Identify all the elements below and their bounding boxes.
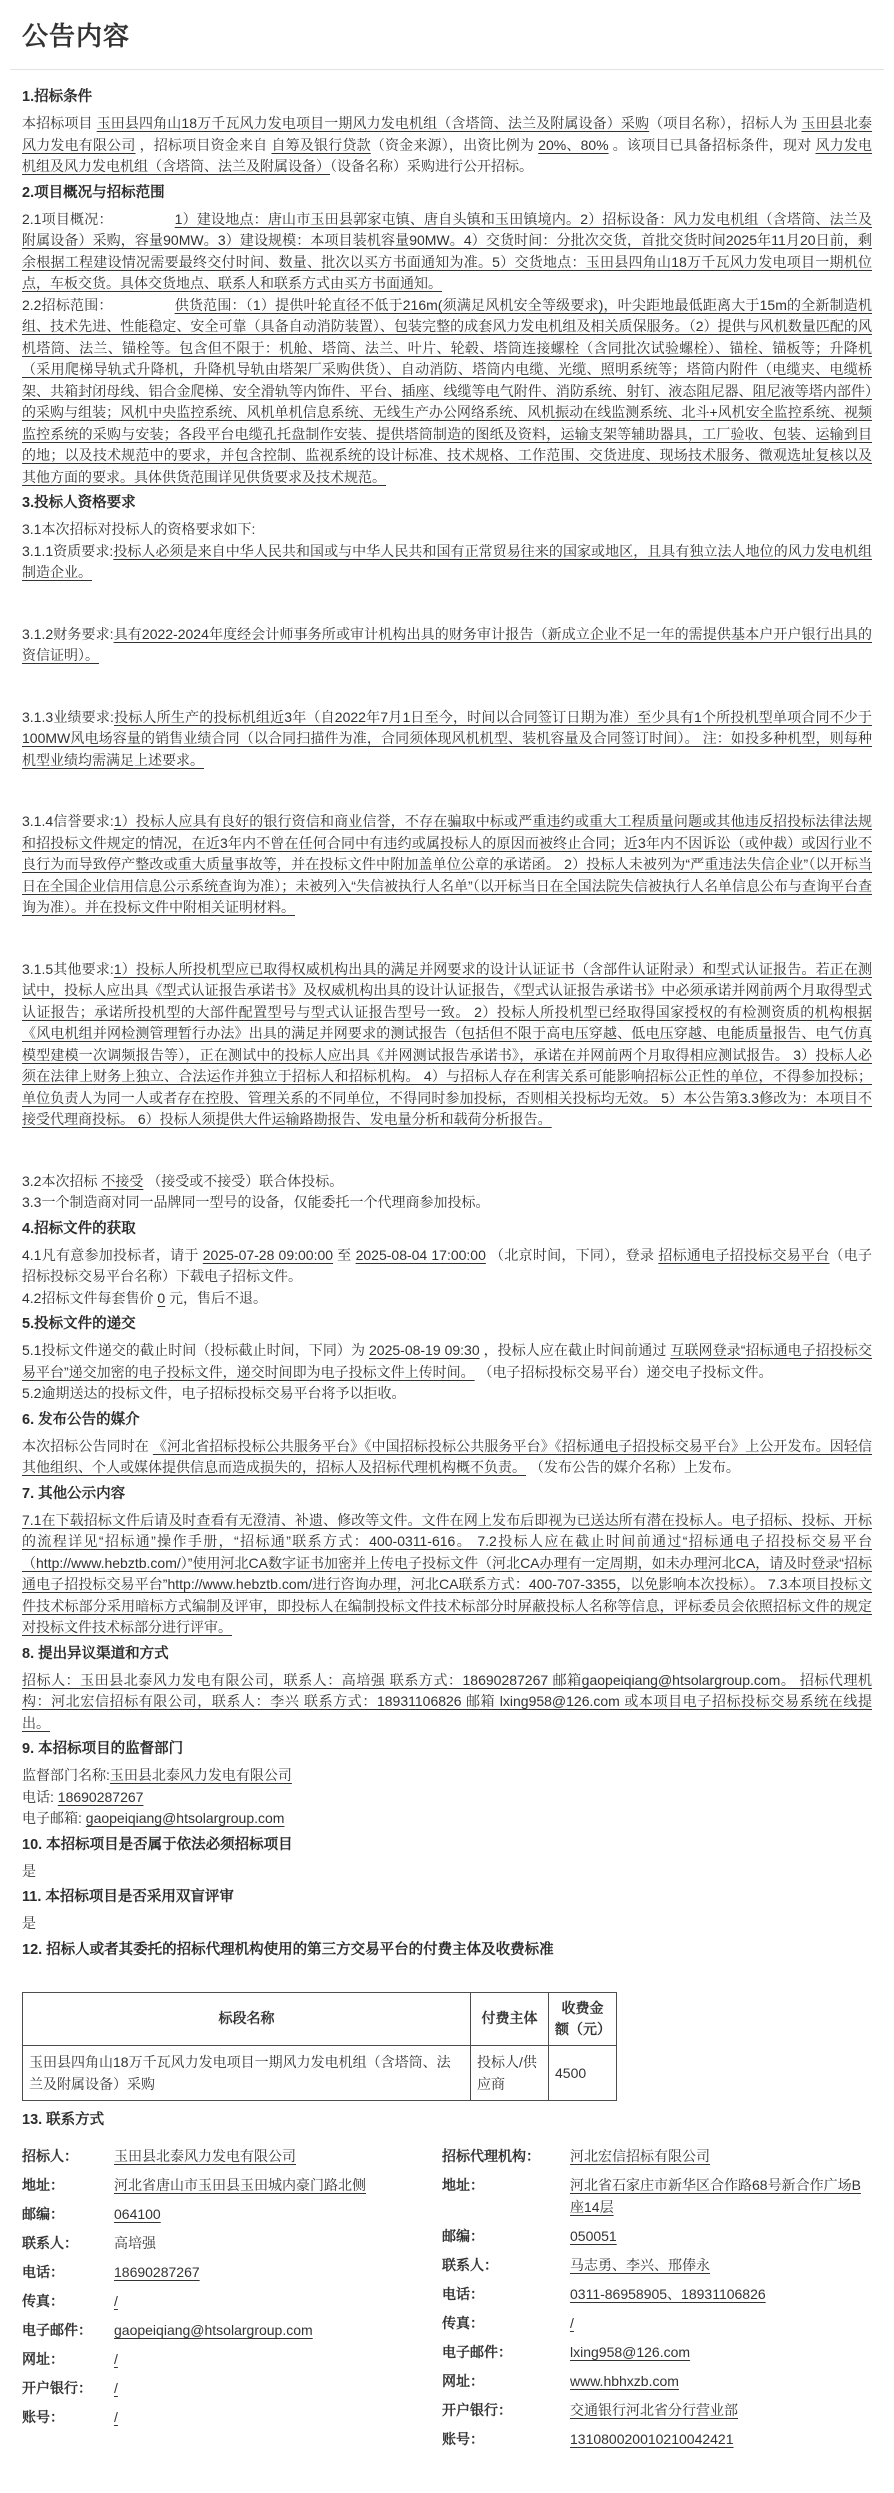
fee-table-cell: 玉田县四角山18万千瓦风力发电项目一期风力发电机组（含塔筒、法兰及附属设备）采购 [23,2045,471,2100]
contact-label: 开户银行： [22,2377,114,2399]
paragraph: 3.3一个制造商对同一品牌同一型号的设备，仅能委托一个代理商参加投标。 [22,1192,872,1214]
plain-text: （项目名称），招标人为 [649,115,801,131]
contact-label: 账号： [442,2428,570,2450]
plain-text: 。该项目已具备招标条件，现对 [609,137,816,153]
contact-value: 河北省石家庄市新华区合作路68号新合作广场B座14层 [570,2174,872,2218]
plain-text: 本招标项目 [22,115,97,131]
plain-text: 3.1.4信誉要求: [22,813,114,829]
contact-value[interactable]: www.hbhxzb.com [570,2370,679,2392]
filled-value: 0 [157,1290,165,1306]
contact-row: 网址：/ [22,2348,442,2370]
contact-label: 地址： [442,2174,570,2218]
paragraph: 5.2逾期送达的投标文件，电子招标投标交易平台将予以拒收。 [22,1383,872,1405]
paragraph: 电话: 18690287267 [22,1787,872,1809]
filled-value: 1）投标人所投机型应已取得权威机构出具的满足并网要求的设计认证证书（含部件认证附… [22,961,872,1128]
filled-value: 招标人：玉田县北泰风力发电有限公司，联系人：高培强 联系方式：186902872… [22,1672,872,1731]
plain-text: 2.1项目概况： [22,211,113,227]
plain-text: （北京时间，下同），登录 [486,1247,658,1263]
contact-value: 18690287267 [114,2261,200,2283]
plain-text: 是 [22,1915,36,1931]
contact-row: 电子邮件：gaopeiqiang@htsolargroup.com [22,2319,442,2341]
contact-row: 账号：131080020010210042421 [442,2428,872,2450]
filled-value: 7.1在下载招标文件后请及时查看有无澄清、补遗、修改等文件。文件在网上发布后即视… [22,1512,872,1636]
filled-value: 玉田县北泰风力发电有限公司 [110,1767,292,1783]
spacer [22,667,872,707]
contact-label: 电话： [442,2283,570,2305]
contact-row: 招标人：玉田县北泰风力发电有限公司 [22,2145,442,2167]
contact-row: 账号：/ [22,2406,442,2428]
filled-value: 供货范围：（1）提供叶轮直径不低于216m(须满足风机安全等级要求)，叶尖距地最… [22,297,872,485]
contact-value: 河北省唐山市玉田县玉田城内豪门路北侧 [114,2174,366,2196]
plain-text: ，投标人应在截止时间前通过 [480,1342,671,1358]
plain-text: （设备名称）采购进行公开招标。 [330,158,533,174]
section-heading: 13. 联系方式 [22,2109,872,2132]
plain-text: 电子邮箱: [22,1810,86,1826]
contact-value[interactable]: gaopeiqiang@htsolargroup.com [114,2319,313,2341]
table-row: 玉田县四角山18万千瓦风力发电项目一期风力发电机组（含塔筒、法兰及附属设备）采购… [23,2045,617,2100]
contact-row: 邮编：050051 [442,2225,872,2247]
contact-label: 邮编： [442,2225,570,2247]
contact-row: 电话：18690287267 [22,2261,442,2283]
paragraph: 5.1投标文件递交的截止时间（投标截止时间，下同）为 2025-08-19 09… [22,1340,872,1383]
section-heading: 4.招标文件的获取 [22,1218,872,1241]
paragraph: 是 [22,1913,872,1935]
paragraph: 2.1项目概况：1）建设地点：唐山市玉田县郭家屯镇、唐自头镇和玉田镇境内。2）招… [22,209,872,295]
section-heading: 8. 提出异议渠道和方式 [22,1643,872,1666]
spacer [22,1131,872,1171]
contact-row: 地址：河北省唐山市玉田县玉田城内豪门路北侧 [22,2174,442,2196]
contact-row: 邮编：064100 [22,2203,442,2225]
contact-value: 0311-86958905、18931106826 [570,2283,766,2305]
spacer [22,919,872,959]
spacer [22,771,872,811]
paragraph: 电子邮箱: gaopeiqiang@htsolargroup.com [22,1808,872,1830]
plain-text: 5.2逾期送达的投标文件，电子招标投标交易平台将予以拒收。 [22,1385,405,1401]
contact-label: 网址： [22,2348,114,2370]
paragraph: 3.1.1资质要求:投标人必须是来自中华人民共和国或与中华人民共和国有正常贸易往… [22,541,872,584]
contact-row: 网址：www.hbhxzb.com [442,2370,872,2392]
contact-label: 招标人： [22,2145,114,2167]
contact-value: / [114,2348,118,2370]
contact-label: 网址： [442,2370,570,2392]
contact-label: 电话： [22,2261,114,2283]
paragraph: 3.2本次招标 不接受 （接受或不接受）联合体投标。 [22,1171,872,1193]
fee-table: 标段名称付费主体收费金额（元）玉田县四角山18万千瓦风力发电项目一期风力发电机组… [22,1992,617,2101]
contact-label: 邮编： [22,2203,114,2225]
spacer [22,584,872,624]
contact-value: 050051 [570,2225,617,2247]
plain-text: 4.2招标文件每套售价 [22,1290,157,1306]
paragraph: 4.1凡有意参加投标者，请于 2025-07-28 09:00:00 至 202… [22,1245,872,1288]
contact-value: 高培强 [114,2232,156,2254]
contact-value[interactable]: lxing958@126.com [570,2341,690,2363]
contact-label: 招标代理机构： [442,2145,570,2167]
section-heading: 7. 其他公示内容 [22,1483,872,1506]
filled-value: 1）建设地点：唐山市玉田县郭家屯镇、唐自头镇和玉田镇境内。2）招标设备：风力发电… [22,211,872,292]
filled-value: 2025-08-19 09:30 [369,1342,480,1358]
fee-table-header: 标段名称 [23,1992,471,2045]
plain-text: 至 [333,1247,356,1263]
contact-value: / [114,2377,118,2399]
agency-contact-column: 招标代理机构：河北宏信招标有限公司地址：河北省石家庄市新华区合作路68号新合作广… [442,2138,872,2457]
section-heading: 11. 本招标项目是否采用双盲评审 [22,1886,872,1909]
section-heading: 6. 发布公告的媒介 [22,1409,872,1432]
plain-text: 元，售后不退。 [165,1290,267,1306]
paragraph: 3.1.4信誉要求:1）投标人应具有良好的银行资信和商业信誉，不存在骗取中标或严… [22,811,872,919]
contact-row: 招标代理机构：河北宏信招标有限公司 [442,2145,872,2167]
paragraph: 是 [22,1861,872,1883]
plain-text: 3.1.1资质要求: [22,543,113,559]
paragraph: 招标人：玉田县北泰风力发电有限公司，联系人：高培强 联系方式：186902872… [22,1670,872,1735]
plain-text: （资金来源），出资比例为 [371,137,538,153]
contact-label: 电子邮件： [22,2319,114,2341]
section-heading: 5.投标文件的递交 [22,1313,872,1336]
paragraph: 7.1在下载招标文件后请及时查看有无澄清、补遗、修改等文件。文件在网上发布后即视… [22,1510,872,1639]
filled-value: 不接受 [101,1173,143,1189]
filled-value: 投标人所生产的投标机组近3年（自2022年7月1日至今，时间以合同签订日期为准）… [22,709,872,768]
contact-label: 地址： [22,2174,114,2196]
contact-value: 玉田县北泰风力发电有限公司 [114,2145,296,2167]
plain-text: 3.1.3业绩要求: [22,709,114,725]
contact-value: 马志勇、李兴、邢俸永 [570,2254,710,2276]
fee-table-cell: 投标人/供应商 [471,2045,549,2100]
plain-text: 3.1.5其他要求: [22,961,114,977]
section-heading: 3.投标人资格要求 [22,492,872,515]
plain-text: 5.1投标文件递交的截止时间（投标截止时间，下同）为 [22,1342,369,1358]
contact-label: 传真： [442,2312,570,2334]
contact-section: 招标人：玉田县北泰风力发电有限公司地址：河北省唐山市玉田县玉田城内豪门路北侧邮编… [22,2138,872,2457]
plain-text: 2.2招标范围： [22,297,113,313]
contact-label: 传真： [22,2290,114,2312]
contact-value: 064100 [114,2203,161,2225]
contact-row: 电话：0311-86958905、18931106826 [442,2283,872,2305]
contact-label: 开户银行： [442,2399,570,2421]
contact-value: 河北宏信招标有限公司 [570,2145,710,2167]
plain-text: 3.2本次招标 [22,1173,101,1189]
announcement-page: 公告内容 1.招标条件本招标项目 玉田县四角山18万千瓦风力发电项目一期风力发电… [0,0,894,2493]
paragraph: 3.1本次招标对投标人的资格要求如下: [22,519,872,541]
contact-label: 电子邮件： [442,2341,570,2363]
contact-label: 联系人： [22,2232,114,2254]
plain-text: 3.3一个制造商对同一品牌同一型号的设备，仅能委托一个代理商参加投标。 [22,1194,489,1210]
plain-text: （发布公告的媒介名称）上发布。 [526,1459,740,1475]
contact-value: / [114,2290,118,2312]
contact-row: 电子邮件：lxing958@126.com [442,2341,872,2363]
filled-value: 2025-07-28 09:00:00 [203,1247,333,1263]
plain-text: 监督部门名称: [22,1767,110,1783]
title-divider [10,69,884,70]
contact-row: 传真：/ [442,2312,872,2334]
fee-table-header: 付费主体 [471,1992,549,2045]
filled-value: 招标通电子招投标交易平台 [658,1247,829,1263]
filled-value: 18690287267 [58,1789,144,1805]
contact-value: 交通银行河北省分行营业部 [570,2399,738,2421]
paragraph: 3.1.5其他要求:1）投标人所投机型应已取得权威机构出具的满足并网要求的设计认… [22,959,872,1131]
filled-value: 自筹及银行贷款 [271,137,370,153]
paragraph: 3.1.3业绩要求:投标人所生产的投标机组近3年（自2022年7月1日至今，时间… [22,707,872,772]
plain-text: 电话: [22,1789,58,1805]
contact-value: 131080020010210042421 [570,2428,734,2450]
paragraph: 2.2招标范围：供货范围：（1）提供叶轮直径不低于216m(须满足风机安全等级要… [22,295,872,489]
section-heading: 2.项目概况与招标范围 [22,182,872,205]
contact-label: 联系人： [442,2254,570,2276]
filled-value: 1）投标人应具有良好的银行资信和商业信誉，不存在骗取中标或严重违约或重大工程质量… [22,813,872,915]
plain-text: （电子招标投标交易平台）递交电子投标文件。 [475,1364,773,1380]
fee-table-header: 收费金额（元） [549,1992,617,2045]
tenderer-contact-column: 招标人：玉田县北泰风力发电有限公司地址：河北省唐山市玉田县玉田城内豪门路北侧邮编… [22,2138,442,2457]
plain-text: ，招标项目资金来自 [136,137,272,153]
section-heading: 9. 本招标项目的监督部门 [22,1738,872,1761]
paragraph: 监督部门名称:玉田县北泰风力发电有限公司 [22,1765,872,1787]
filled-value: gaopeiqiang@htsolargroup.com [86,1810,285,1826]
filled-value: 具有2022-2024年度经会计师事务所或审计机构出具的财务审计报告（新成立企业… [22,626,872,664]
contact-row: 开户银行：交通银行河北省分行营业部 [442,2399,872,2421]
paragraph: 4.2招标文件每套售价 0 元，售后不退。 [22,1288,872,1310]
page-title: 公告内容 [22,16,872,53]
announcement-body: 1.招标条件本招标项目 玉田县四角山18万千瓦风力发电项目一期风力发电机组（含塔… [22,86,872,2457]
filled-value: 20%、80% [538,137,608,153]
contact-row: 传真：/ [22,2290,442,2312]
plain-text: （接受或不接受）联合体投标。 [143,1173,343,1189]
paragraph: 3.1.2财务要求:具有2022-2024年度经会计师事务所或审计机构出具的财务… [22,624,872,667]
paragraph: 本招标项目 玉田县四角山18万千瓦风力发电项目一期风力发电机组（含塔筒、法兰及附… [22,113,872,178]
plain-text: 3.1.2财务要求: [22,626,114,642]
contact-row: 联系人：马志勇、李兴、邢俸永 [442,2254,872,2276]
filled-value: 2025-08-04 17:00:00 [356,1247,486,1263]
contact-label: 账号： [22,2406,114,2428]
fee-table-cell: 4500 [549,2045,617,2100]
plain-text: 本次招标公告同时在 [22,1438,153,1454]
contact-value: / [570,2312,574,2334]
contact-row: 联系人：高培强 [22,2232,442,2254]
filled-value: 玉田县四角山18万千瓦风力发电项目一期风力发电机组（含塔筒、法兰及附属设备）采购 [97,115,649,131]
plain-text: 3.1本次招标对投标人的资格要求如下: [22,521,255,537]
filled-value: 投标人必须是来自中华人民共和国或与中华人民共和国有正常贸易往来的国家或地区，且具… [22,543,872,581]
section-heading: 12. 招标人或者其委托的招标代理机构使用的第三方交易平台的付费主体及收费标准 [22,1939,872,1962]
paragraph: 本次招标公告同时在 《河北省招标投标公共服务平台》《中国招标投标公共服务平台》《… [22,1436,872,1479]
contact-row: 开户银行：/ [22,2377,442,2399]
plain-text: 4.1凡有意参加投标者，请于 [22,1247,203,1263]
contact-value: / [114,2406,118,2428]
section-heading: 1.招标条件 [22,86,872,109]
plain-text: 是 [22,1863,36,1879]
contact-row: 地址：河北省石家庄市新华区合作路68号新合作广场B座14层 [442,2174,872,2218]
section-heading: 10. 本招标项目是否属于依法必须招标项目 [22,1834,872,1857]
